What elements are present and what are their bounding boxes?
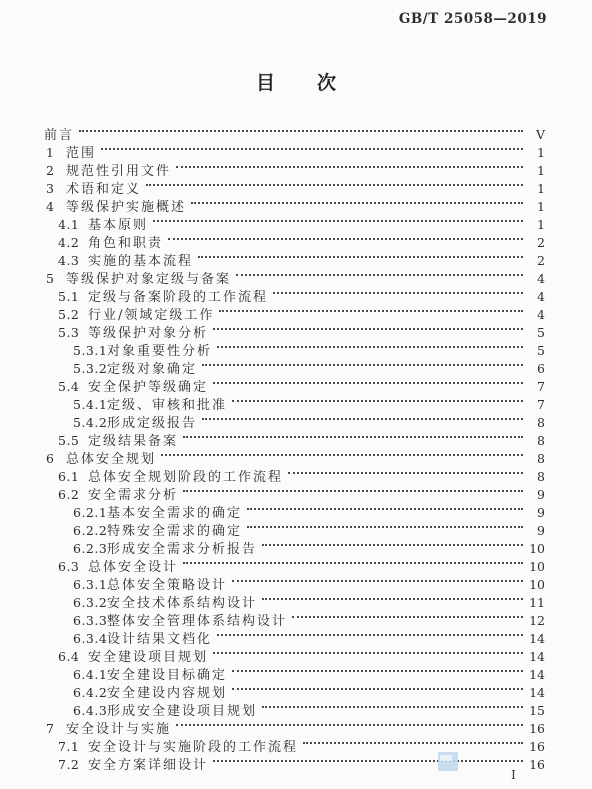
toc-entry-page: 4 xyxy=(529,289,545,304)
toc-entry-number: 3 xyxy=(46,181,66,196)
toc-leader-dots xyxy=(232,400,523,402)
toc-entry-page: 16 xyxy=(529,757,545,772)
toc-entry-title: 设计结果文档化 xyxy=(107,628,212,647)
toc-entry-number: 6.1 xyxy=(58,469,88,484)
toc-leader-dots xyxy=(292,616,523,618)
toc-entry-page: 14 xyxy=(529,631,545,646)
toc-entry-number: 6.3.1 xyxy=(73,577,107,592)
toc-leader-dots xyxy=(146,184,523,186)
toc-entry-page: 10 xyxy=(529,559,545,574)
toc-entry: 4.3实施的基本流程2 xyxy=(44,250,545,268)
toc-entry-number: 5.3.1 xyxy=(73,343,107,358)
toc-leader-dots xyxy=(101,148,523,150)
toc-entry-title: 范围 xyxy=(66,142,96,161)
toc-entry-title: 定级结果备案 xyxy=(88,430,178,449)
toc-entry-number: 4.2 xyxy=(58,235,88,250)
toc-entry-title: 总体安全策略设计 xyxy=(107,574,227,593)
toc-entry-number: 5.1 xyxy=(58,289,88,304)
toc-entry: 4等级保护实施概述1 xyxy=(44,196,545,214)
toc-leader-dots xyxy=(213,760,523,762)
toc-entry: 7.2安全方案详细设计16 xyxy=(44,754,545,772)
toc-entry-page: 8 xyxy=(529,451,545,466)
toc-entry: 2规范性引用文件1 xyxy=(44,160,545,178)
toc-entry-number: 4 xyxy=(46,199,66,214)
toc-entry: 5.1定级与备案阶段的工作流程4 xyxy=(44,286,545,304)
toc-leader-dots xyxy=(232,688,523,690)
toc-entry-page: 1 xyxy=(529,145,545,160)
toc-entry: 6.2.3形成安全需求分析报告10 xyxy=(44,538,545,556)
toc-leader-dots xyxy=(202,364,523,366)
toc-entry-number: 6 xyxy=(46,451,66,466)
standard-code: GB/T 25058—2019 xyxy=(399,11,547,27)
toc-entry: 6.3.4设计结果文档化14 xyxy=(44,628,545,646)
toc-entry: 5等级保护对象定级与备案4 xyxy=(44,268,545,286)
toc-entry-number: 6.3 xyxy=(58,559,88,574)
toc-entry-number: 6.4.2 xyxy=(73,685,107,700)
toc-entry-title: 形成定级报告 xyxy=(107,412,197,431)
toc-leader-dots xyxy=(232,670,523,672)
toc-entry-page: 14 xyxy=(529,667,545,682)
toc-entry-page: 9 xyxy=(529,487,545,502)
toc-entry-title: 安全建设目标确定 xyxy=(107,664,227,683)
toc-leader-dots xyxy=(176,724,523,726)
toc-entry-page: 11 xyxy=(529,595,545,610)
toc-leader-dots xyxy=(183,490,523,492)
toc-entry-number: 5.3 xyxy=(58,325,88,340)
toc-leader-dots xyxy=(153,220,523,222)
toc-entry-title: 总体安全设计 xyxy=(88,556,178,575)
toc-entry: 4.1基本原则1 xyxy=(44,214,545,232)
toc-entry: 7安全设计与实施16 xyxy=(44,718,545,736)
toc-entry: 1范围1 xyxy=(44,142,545,160)
toc-entry-page: 7 xyxy=(529,379,545,394)
toc-entry-page: 1 xyxy=(529,181,545,196)
toc-entry: 5.3等级保护对象分析5 xyxy=(44,322,545,340)
toc-entry-title: 等级保护对象定级与备案 xyxy=(66,268,231,287)
page-title: 目 次 xyxy=(0,68,592,95)
toc-leader-dots xyxy=(176,166,523,168)
toc-entry-page: 14 xyxy=(529,685,545,700)
toc-entry-page: 8 xyxy=(529,433,545,448)
toc-leader-dots xyxy=(303,742,523,744)
toc-entry: 5.4.2形成定级报告8 xyxy=(44,412,545,430)
toc-entry: 6.4安全建设项目规划14 xyxy=(44,646,545,664)
toc-entry: 5.4.1定级、审核和批准7 xyxy=(44,394,545,412)
toc-entry-number: 6.4.3 xyxy=(73,703,107,718)
toc-entry: 6.3.2安全技术体系结构设计11 xyxy=(44,592,545,610)
toc-leader-dots xyxy=(79,130,523,132)
toc-leader-dots xyxy=(213,652,523,654)
toc-leader-dots xyxy=(262,598,523,600)
toc-leader-dots xyxy=(217,634,523,636)
toc-entry-number: 6.4.1 xyxy=(73,667,107,682)
toc-entry: 6.1总体安全规划阶段的工作流程8 xyxy=(44,466,545,484)
toc-entry: 5.3.1对象重要性分析5 xyxy=(44,340,545,358)
page-title-char-2: 次 xyxy=(317,68,336,95)
toc-entry-title: 总体安全规划 xyxy=(66,448,156,467)
toc-entry-number: 5.4 xyxy=(58,379,88,394)
toc-entry-page: 1 xyxy=(529,199,545,214)
toc-entry: 6.3总体安全设计10 xyxy=(44,556,545,574)
toc-entry-number: 6.3.3 xyxy=(73,613,107,628)
toc-list: 前言V1范围12规范性引用文件13术语和定义14等级保护实施概述14.1基本原则… xyxy=(44,124,545,772)
toc-entry-title: 角色和职责 xyxy=(88,232,163,251)
toc-entry-title: 安全设计与实施阶段的工作流程 xyxy=(88,736,298,755)
toc-leader-dots xyxy=(219,310,523,312)
toc-entry: 4.2角色和职责2 xyxy=(44,232,545,250)
toc-leader-dots xyxy=(191,202,523,204)
toc-leader-dots xyxy=(198,256,523,258)
toc-leader-dots xyxy=(202,418,523,420)
page-number: I xyxy=(511,767,516,782)
toc-entry-title: 定级、审核和批准 xyxy=(107,394,227,413)
toc-entry-page: 12 xyxy=(529,613,545,628)
toc-entry-page: V xyxy=(529,127,545,142)
toc-leader-dots xyxy=(213,328,523,330)
toc-leader-dots xyxy=(273,292,523,294)
toc-entry-number: 5 xyxy=(46,271,66,286)
toc-entry-title: 前言 xyxy=(44,124,74,143)
toc-entry-page: 10 xyxy=(529,541,545,556)
toc-entry-page: 16 xyxy=(529,739,545,754)
toc-entry-page: 9 xyxy=(529,505,545,520)
toc-entry-number: 1 xyxy=(46,145,66,160)
toc-entry-title: 安全建设内容规划 xyxy=(107,682,227,701)
toc-entry-number: 4.1 xyxy=(58,217,88,232)
toc-entry-page: 2 xyxy=(529,235,545,250)
toc-entry-title: 特殊安全需求的确定 xyxy=(107,520,242,539)
toc-entry-title: 形成安全需求分析报告 xyxy=(107,538,257,557)
toc-entry-number: 7.1 xyxy=(58,739,88,754)
highlight-artifact xyxy=(438,752,458,771)
toc-entry-title: 规范性引用文件 xyxy=(66,160,171,179)
toc-entry-title: 对象重要性分析 xyxy=(107,340,212,359)
toc-entry: 6总体安全规划8 xyxy=(44,448,545,466)
toc-entry-title: 安全保护等级确定 xyxy=(88,376,208,395)
toc-entry: 6.4.2安全建设内容规划14 xyxy=(44,682,545,700)
toc-leader-dots xyxy=(232,580,523,582)
toc-entry-title: 安全需求分析 xyxy=(88,484,178,503)
toc-leader-dots xyxy=(217,346,523,348)
toc-entry-number: 5.4.2 xyxy=(73,415,107,430)
toc-entry-page: 2 xyxy=(529,253,545,268)
toc-entry: 3术语和定义1 xyxy=(44,178,545,196)
toc-entry-number: 7.2 xyxy=(58,757,88,772)
toc-entry-title: 术语和定义 xyxy=(66,178,141,197)
toc-entry-page: 4 xyxy=(529,307,545,322)
toc-entry: 6.3.3整体安全管理体系结构设计12 xyxy=(44,610,545,628)
toc-entry-page: 10 xyxy=(529,577,545,592)
toc-entry: 5.3.2定级对象确定6 xyxy=(44,358,545,376)
toc-entry-page: 5 xyxy=(529,325,545,340)
toc-entry: 7.1安全设计与实施阶段的工作流程16 xyxy=(44,736,545,754)
toc-entry-number: 6.2.3 xyxy=(73,541,107,556)
toc-entry: 6.3.1总体安全策略设计10 xyxy=(44,574,545,592)
toc-entry-page: 1 xyxy=(529,217,545,232)
toc-entry: 6.4.1安全建设目标确定14 xyxy=(44,664,545,682)
toc-entry-page: 15 xyxy=(529,703,545,718)
toc-entry-title: 安全设计与实施 xyxy=(66,718,171,737)
toc-entry-page: 6 xyxy=(529,361,545,376)
toc-entry-title: 总体安全规划阶段的工作流程 xyxy=(88,466,283,485)
toc-leader-dots xyxy=(161,454,523,456)
toc-entry-title: 行业/领域定级工作 xyxy=(88,304,214,323)
toc-entry: 5.4安全保护等级确定7 xyxy=(44,376,545,394)
toc-leader-dots xyxy=(236,274,523,276)
page-title-char-1: 目 xyxy=(256,68,275,95)
toc-leader-dots xyxy=(183,562,523,564)
toc-entry-page: 7 xyxy=(529,397,545,412)
toc-entry-title: 等级保护对象分析 xyxy=(88,322,208,341)
toc-entry: 前言V xyxy=(44,124,545,142)
toc-entry-number: 4.3 xyxy=(58,253,88,268)
toc-leader-dots xyxy=(262,706,523,708)
toc-entry: 6.4.3形成安全建设项目规划15 xyxy=(44,700,545,718)
toc-entry-page: 14 xyxy=(529,649,545,664)
toc-leader-dots xyxy=(183,436,523,438)
toc-entry-page: 8 xyxy=(529,469,545,484)
toc-entry: 6.2安全需求分析9 xyxy=(44,484,545,502)
toc-entry-number: 2 xyxy=(46,163,66,178)
toc-entry-title: 基本原则 xyxy=(88,214,148,233)
toc-entry: 5.5定级结果备案8 xyxy=(44,430,545,448)
toc-entry-title: 安全技术体系结构设计 xyxy=(107,592,257,611)
toc-entry-number: 5.2 xyxy=(58,307,88,322)
toc-leader-dots xyxy=(247,526,523,528)
toc-entry-number: 5.4.1 xyxy=(73,397,107,412)
toc-entry-page: 16 xyxy=(529,721,545,736)
toc-entry-title: 整体安全管理体系结构设计 xyxy=(107,610,287,629)
toc-entry: 5.2行业/领域定级工作4 xyxy=(44,304,545,322)
toc-leader-dots xyxy=(168,238,523,240)
toc-entry-page: 1 xyxy=(529,163,545,178)
toc-entry-page: 9 xyxy=(529,523,545,538)
toc-entry: 6.2.2特殊安全需求的确定9 xyxy=(44,520,545,538)
toc-entry-title: 形成安全建设项目规划 xyxy=(107,700,257,719)
toc-entry-title: 定级对象确定 xyxy=(107,358,197,377)
toc-entry-number: 6.3.2 xyxy=(73,595,107,610)
toc-entry-page: 8 xyxy=(529,415,545,430)
toc-leader-dots xyxy=(262,544,523,546)
toc-entry-number: 6.2.1 xyxy=(73,505,107,520)
toc-entry-number: 6.4 xyxy=(58,649,88,664)
toc-entry-title: 实施的基本流程 xyxy=(88,250,193,269)
toc-leader-dots xyxy=(247,508,523,510)
toc-entry-number: 6.2 xyxy=(58,487,88,502)
toc-entry-number: 6.2.2 xyxy=(73,523,107,538)
toc-entry: 6.2.1基本安全需求的确定9 xyxy=(44,502,545,520)
toc-entry-title: 安全方案详细设计 xyxy=(88,754,208,773)
toc-entry-number: 7 xyxy=(46,721,66,736)
highlight-artifact-mark xyxy=(440,755,452,761)
toc-entry-page: 5 xyxy=(529,343,545,358)
toc-entry-number: 6.3.4 xyxy=(73,631,107,646)
toc-leader-dots xyxy=(288,472,523,474)
toc-entry-title: 等级保护实施概述 xyxy=(66,196,186,215)
toc-entry-title: 基本安全需求的确定 xyxy=(107,502,242,521)
toc-entry-page: 4 xyxy=(529,271,545,286)
toc-entry-title: 安全建设项目规划 xyxy=(88,646,208,665)
toc-leader-dots xyxy=(213,382,523,384)
document-page: GB/T 25058—2019 目 次 前言V1范围12规范性引用文件13术语和… xyxy=(0,0,592,789)
toc-entry-number: 5.3.2 xyxy=(73,361,107,376)
toc-entry-number: 5.5 xyxy=(58,433,88,448)
toc-entry-title: 定级与备案阶段的工作流程 xyxy=(88,286,268,305)
